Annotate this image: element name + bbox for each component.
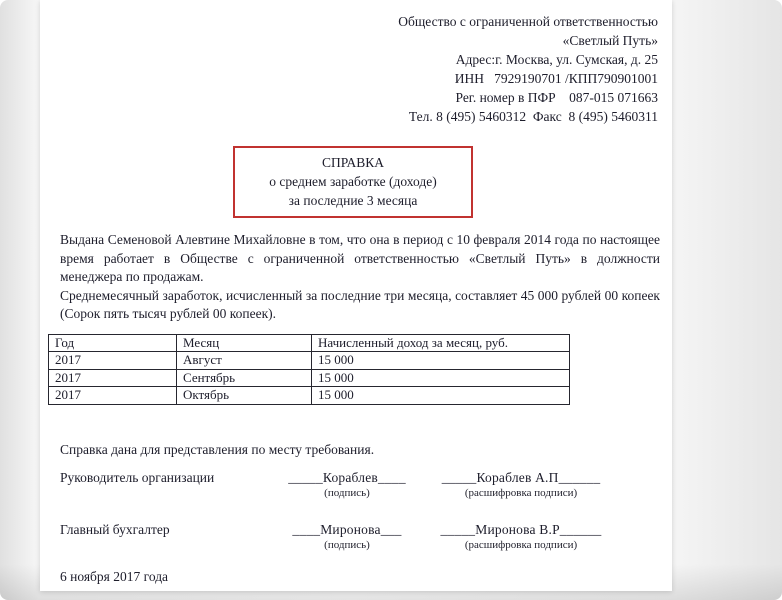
cell-year: 2017	[49, 369, 177, 387]
column-header-year: Год	[49, 334, 177, 352]
certificate-subtitle-line-2: за последние 3 месяца	[235, 191, 471, 210]
signature-role-accountant: Главный бухгалтер	[60, 521, 282, 539]
cell-month: Сентябрь	[177, 369, 312, 387]
org-name-line-1: Общество с ограниченной ответственностью	[40, 12, 658, 31]
organization-header: Общество с ограниченной ответственностью…	[40, 12, 658, 126]
signature-block-accountant-sign: ____Миронова___ (подпись)	[282, 521, 412, 552]
certificate-title: СПРАВКА	[235, 153, 471, 172]
cell-year: 2017	[49, 387, 177, 405]
cell-month: Август	[177, 352, 312, 370]
signature-block-director-name: _____Кораблев А.П______ (расшифровка под…	[426, 469, 616, 500]
signature-name-accountant: _____Миронова В.Р______	[426, 521, 616, 539]
signature-line-director: _____Кораблев____	[282, 469, 412, 487]
org-phone-fax-line: Тел. 8 (495) 5460312 Факс 8 (495) 546031…	[40, 107, 658, 126]
table-row: 2017 Август 15 000	[49, 352, 570, 370]
certificate-subtitle-line-1: о среднем заработке (доходе)	[235, 172, 471, 191]
document-viewport: Общество с ограниченной ответственностью…	[0, 0, 782, 600]
signature-line-accountant: ____Миронова___	[282, 521, 412, 539]
column-header-income: Начисленный доход за месяц, руб.	[312, 334, 570, 352]
cell-income: 15 000	[312, 369, 570, 387]
signature-row-director: Руководитель организации _____Кораблев__…	[60, 469, 672, 500]
signature-role-director: Руководитель организации	[60, 469, 282, 487]
org-address-line: Адрес:г. Москва, ул. Сумская, д. 25	[40, 50, 658, 69]
cell-year: 2017	[49, 352, 177, 370]
column-header-month: Месяц	[177, 334, 312, 352]
signature-row-accountant: Главный бухгалтер ____Миронова___ (подпи…	[60, 521, 672, 552]
signature-name-caption-accountant: (расшифровка подписи)	[426, 539, 616, 552]
signature-caption-director: (подпись)	[282, 487, 412, 500]
body-paragraph-employment: Выдана Семеновой Алевтине Михайловне в т…	[60, 231, 660, 287]
document-page: Общество с ограниченной ответственностью…	[40, 0, 672, 591]
org-pfr-number-line: Рег. номер в ПФР 087-015 071663	[40, 88, 658, 107]
table-row: 2017 Сентябрь 15 000	[49, 369, 570, 387]
signature-name-director: _____Кораблев А.П______	[426, 469, 616, 487]
body-paragraph-average-earnings: Среднемесячный заработок, исчисленный за…	[60, 287, 660, 324]
signature-block-director-sign: _____Кораблев____ (подпись)	[282, 469, 412, 500]
document-date: 6 ноября 2017 года	[60, 568, 672, 586]
signature-name-caption-director: (расшифровка подписи)	[426, 487, 616, 500]
table-row: 2017 Октябрь 15 000	[49, 387, 570, 405]
signature-block-accountant-name: _____Миронова В.Р______ (расшифровка под…	[426, 521, 616, 552]
org-inn-kpp-line: ИНН 7929190701 /КПП790901001	[40, 69, 658, 88]
org-name-line-2: «Светлый Путь»	[40, 31, 658, 50]
cell-income: 15 000	[312, 387, 570, 405]
certificate-title-box: СПРАВКА о среднем заработке (доходе) за …	[233, 146, 473, 218]
purpose-note: Справка дана для представления по месту …	[60, 441, 660, 459]
cell-income: 15 000	[312, 352, 570, 370]
cell-month: Октябрь	[177, 387, 312, 405]
income-table-header-row: Год Месяц Начисленный доход за месяц, ру…	[49, 334, 570, 352]
income-table: Год Месяц Начисленный доход за месяц, ру…	[48, 334, 570, 405]
signature-caption-accountant: (подпись)	[282, 539, 412, 552]
